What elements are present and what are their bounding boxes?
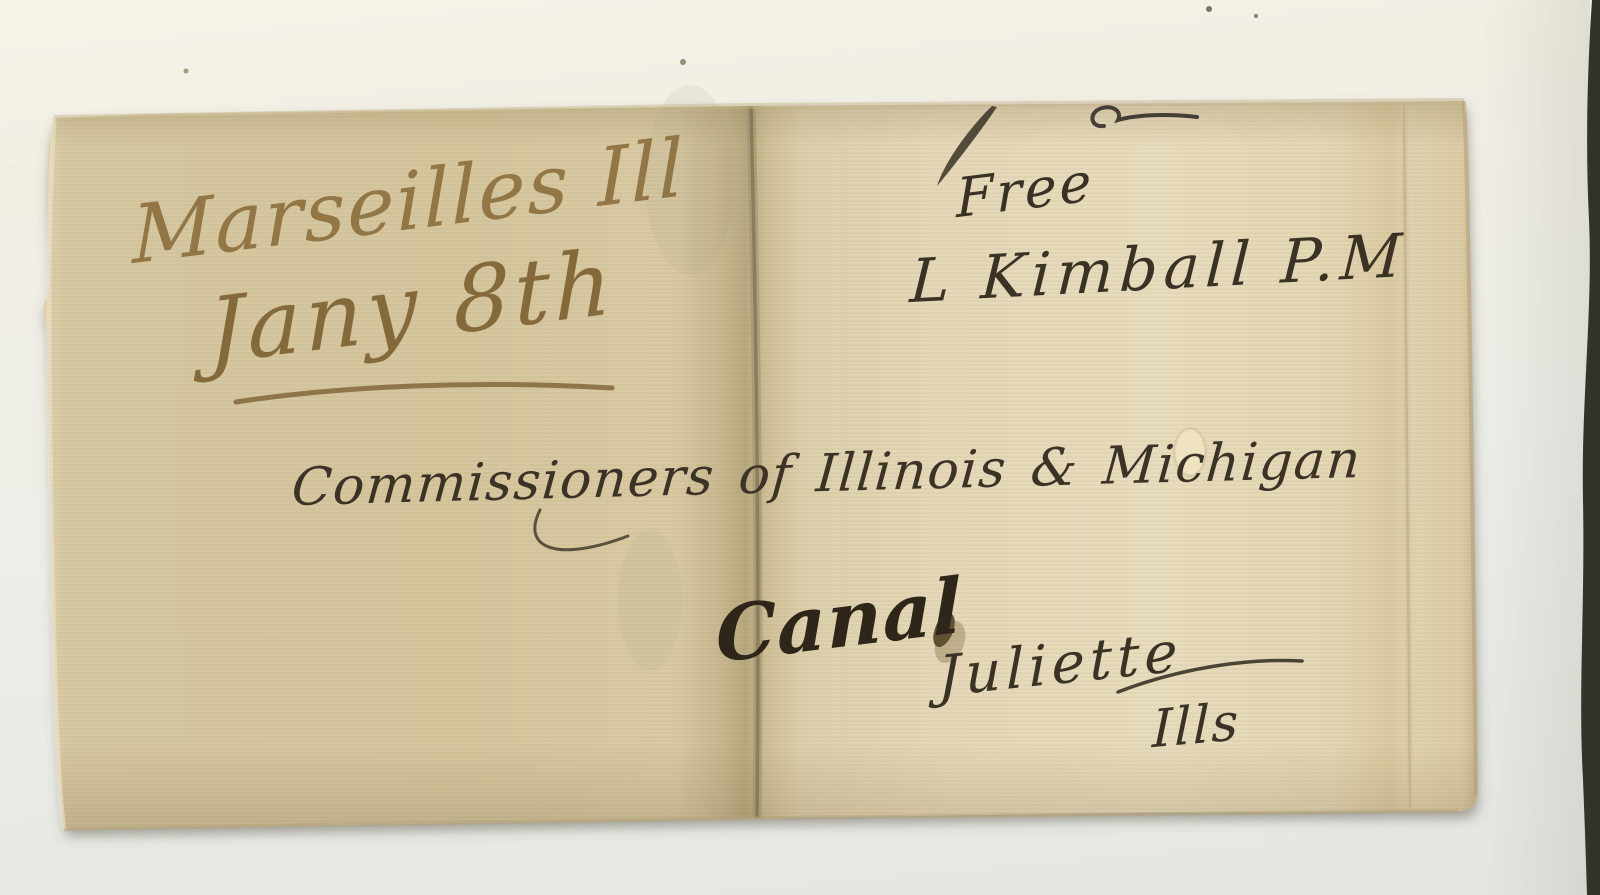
folded-letter-scan [0, 0, 1600, 895]
scan-background: Marseilles Ill Jany 8th Free L Kimball P… [0, 0, 1600, 895]
dust-specks [184, 6, 1259, 74]
scan-edge-shading [1480, 0, 1590, 895]
